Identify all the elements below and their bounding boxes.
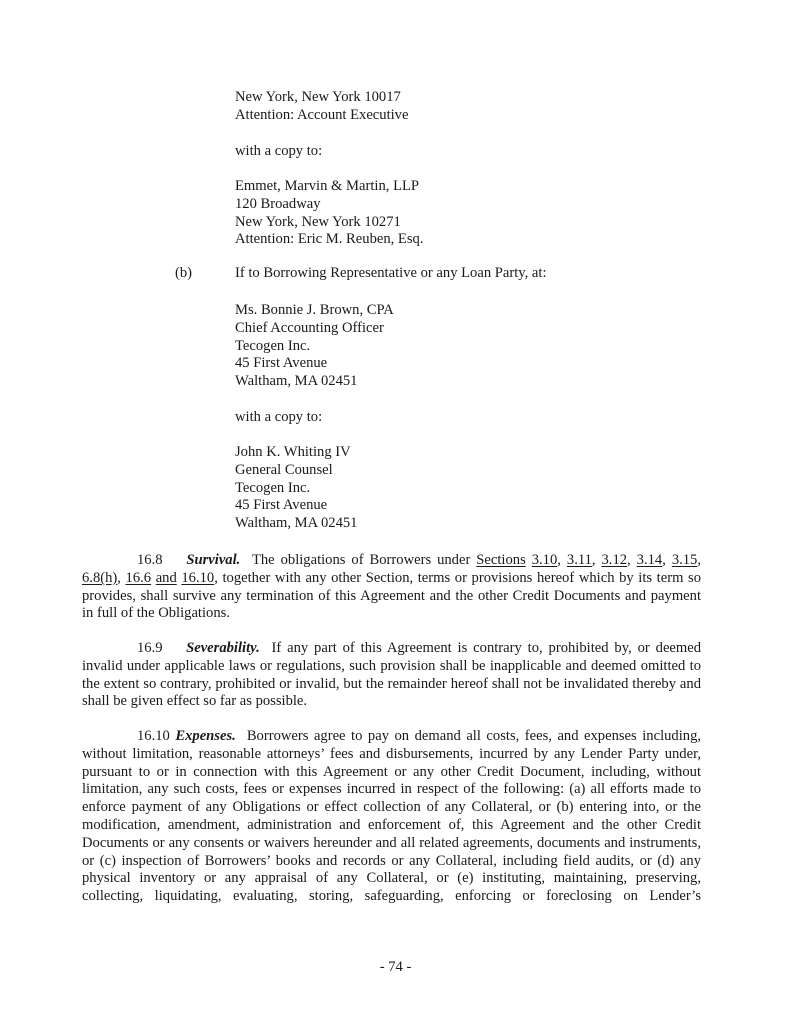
page-number: - 74 - bbox=[0, 959, 791, 976]
address-line: New York, New York 10017 bbox=[235, 89, 408, 107]
borrower-counsel-address: John K. Whiting IV General Counsel Tecog… bbox=[235, 444, 357, 533]
address-line: Attention: Eric M. Reuben, Esq. bbox=[235, 231, 423, 249]
section-ref: 16.6 bbox=[126, 570, 152, 586]
section-ref: 3.10 bbox=[532, 552, 558, 568]
address-line: Attention: Account Executive bbox=[235, 107, 408, 125]
address-line: Tecogen Inc. bbox=[235, 338, 394, 356]
clause-b-label: (b) bbox=[175, 265, 192, 283]
section-number: 16.8 bbox=[137, 552, 163, 568]
section-ref: Sections bbox=[476, 552, 525, 568]
section-ref: 3.14 bbox=[637, 552, 663, 568]
section-heading: Survival. bbox=[186, 552, 240, 568]
section-ref: 3.12 bbox=[602, 552, 628, 568]
section-ref: 6.8(h) bbox=[82, 570, 117, 586]
section-number: 16.9 bbox=[137, 640, 163, 656]
address-line: John K. Whiting IV bbox=[235, 444, 357, 462]
copy-to-label: with a copy to: bbox=[235, 143, 322, 161]
address-line: 120 Broadway bbox=[235, 196, 423, 214]
section-16-8: 16.8 Survival. The obligations of Borrow… bbox=[82, 552, 701, 623]
lender-counsel-address: Emmet, Marvin & Martin, LLP 120 Broadway… bbox=[235, 178, 423, 249]
address-line: Chief Accounting Officer bbox=[235, 320, 394, 338]
address-line: General Counsel bbox=[235, 462, 357, 480]
address-line: 45 First Avenue bbox=[235, 497, 357, 515]
clause-b-intro: If to Borrowing Representative or any Lo… bbox=[235, 265, 547, 283]
address-line: Waltham, MA 02451 bbox=[235, 373, 394, 391]
section-ref: 16.10 bbox=[181, 570, 214, 586]
address-line: New York, New York 10271 bbox=[235, 214, 423, 232]
copy-to-label: with a copy to: bbox=[235, 409, 322, 427]
borrower-address: Ms. Bonnie J. Brown, CPA Chief Accountin… bbox=[235, 302, 394, 391]
address-line: 45 First Avenue bbox=[235, 355, 394, 373]
lender-address-tail: New York, New York 10017 Attention: Acco… bbox=[235, 89, 408, 125]
section-heading: Expenses. bbox=[175, 728, 235, 744]
section-ref: and bbox=[156, 570, 177, 586]
section-ref: 3.15 bbox=[672, 552, 698, 568]
address-line: Tecogen Inc. bbox=[235, 480, 357, 498]
address-line: Ms. Bonnie J. Brown, CPA bbox=[235, 302, 394, 320]
section-16-10: 16.10 Expenses. Borrowers agree to pay o… bbox=[82, 728, 701, 906]
section-heading: Severability. bbox=[186, 640, 260, 656]
section-number: 16.10 bbox=[137, 728, 170, 744]
address-line: Waltham, MA 02451 bbox=[235, 515, 357, 533]
address-line: Emmet, Marvin & Martin, LLP bbox=[235, 178, 423, 196]
section-ref: 3.11 bbox=[567, 552, 592, 568]
section-16-9: 16.9 Severability. If any part of this A… bbox=[82, 640, 701, 711]
